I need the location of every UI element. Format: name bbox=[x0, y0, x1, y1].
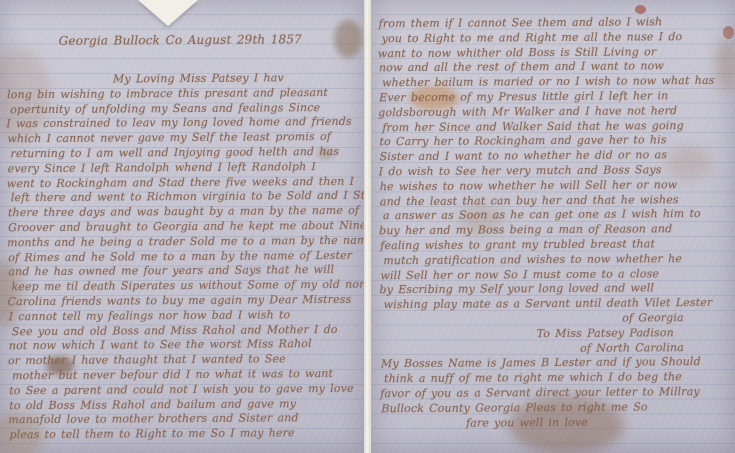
handwritten-line: whether bailum is maried or no I wish to… bbox=[382, 74, 730, 91]
page2-text: from them if I cannot See them and also … bbox=[371, 0, 735, 432]
handwritten-line: to See a parent and could not I wish you… bbox=[9, 381, 361, 398]
signature-line: of Georgia bbox=[381, 311, 732, 328]
handwritten-line: from her Since and Walker Said that he w… bbox=[382, 118, 730, 135]
handwritten-line: favor of you as a Servant direct your le… bbox=[380, 385, 732, 402]
handwritten-line: you to Right to me and Right me all the … bbox=[382, 30, 730, 47]
page-seam bbox=[364, 0, 371, 453]
dateline: Georgia Bullock Co August 29th 1857 bbox=[7, 31, 359, 49]
handwritten-line: not now which I want to See the worst Mi… bbox=[9, 337, 361, 354]
handwritten-line: pleas to tell them to Right to me So I m… bbox=[9, 426, 361, 443]
handwritten-line: mutch gratification and wishes to now wh… bbox=[383, 252, 731, 269]
handwritten-line: a answer as Soon as he can get one as I … bbox=[383, 207, 731, 224]
page2-body: from them if I cannot See them and also … bbox=[379, 15, 732, 313]
page1-text: Georgia Bullock Co August 29th 1857 My L… bbox=[0, 0, 364, 443]
letter-page-1: Georgia Bullock Co August 29th 1857 My L… bbox=[0, 0, 364, 453]
signature-block: of GeorgiaTo Miss Patsey Padisonof North… bbox=[381, 311, 732, 358]
postscript: My Bosses Name is James B Lester and if … bbox=[381, 355, 732, 417]
torn-corner bbox=[138, 0, 198, 26]
handwritten-line: Carolina friends wants to buy me again m… bbox=[8, 293, 361, 310]
closing-line: fare you well in love bbox=[381, 414, 732, 431]
letter-page-2: from them if I cannot See them and also … bbox=[371, 0, 735, 453]
page1-body: long bin wishing to imbrace this presant… bbox=[7, 86, 361, 444]
letter-scan: Georgia Bullock Co August 29th 1857 My L… bbox=[0, 0, 735, 453]
